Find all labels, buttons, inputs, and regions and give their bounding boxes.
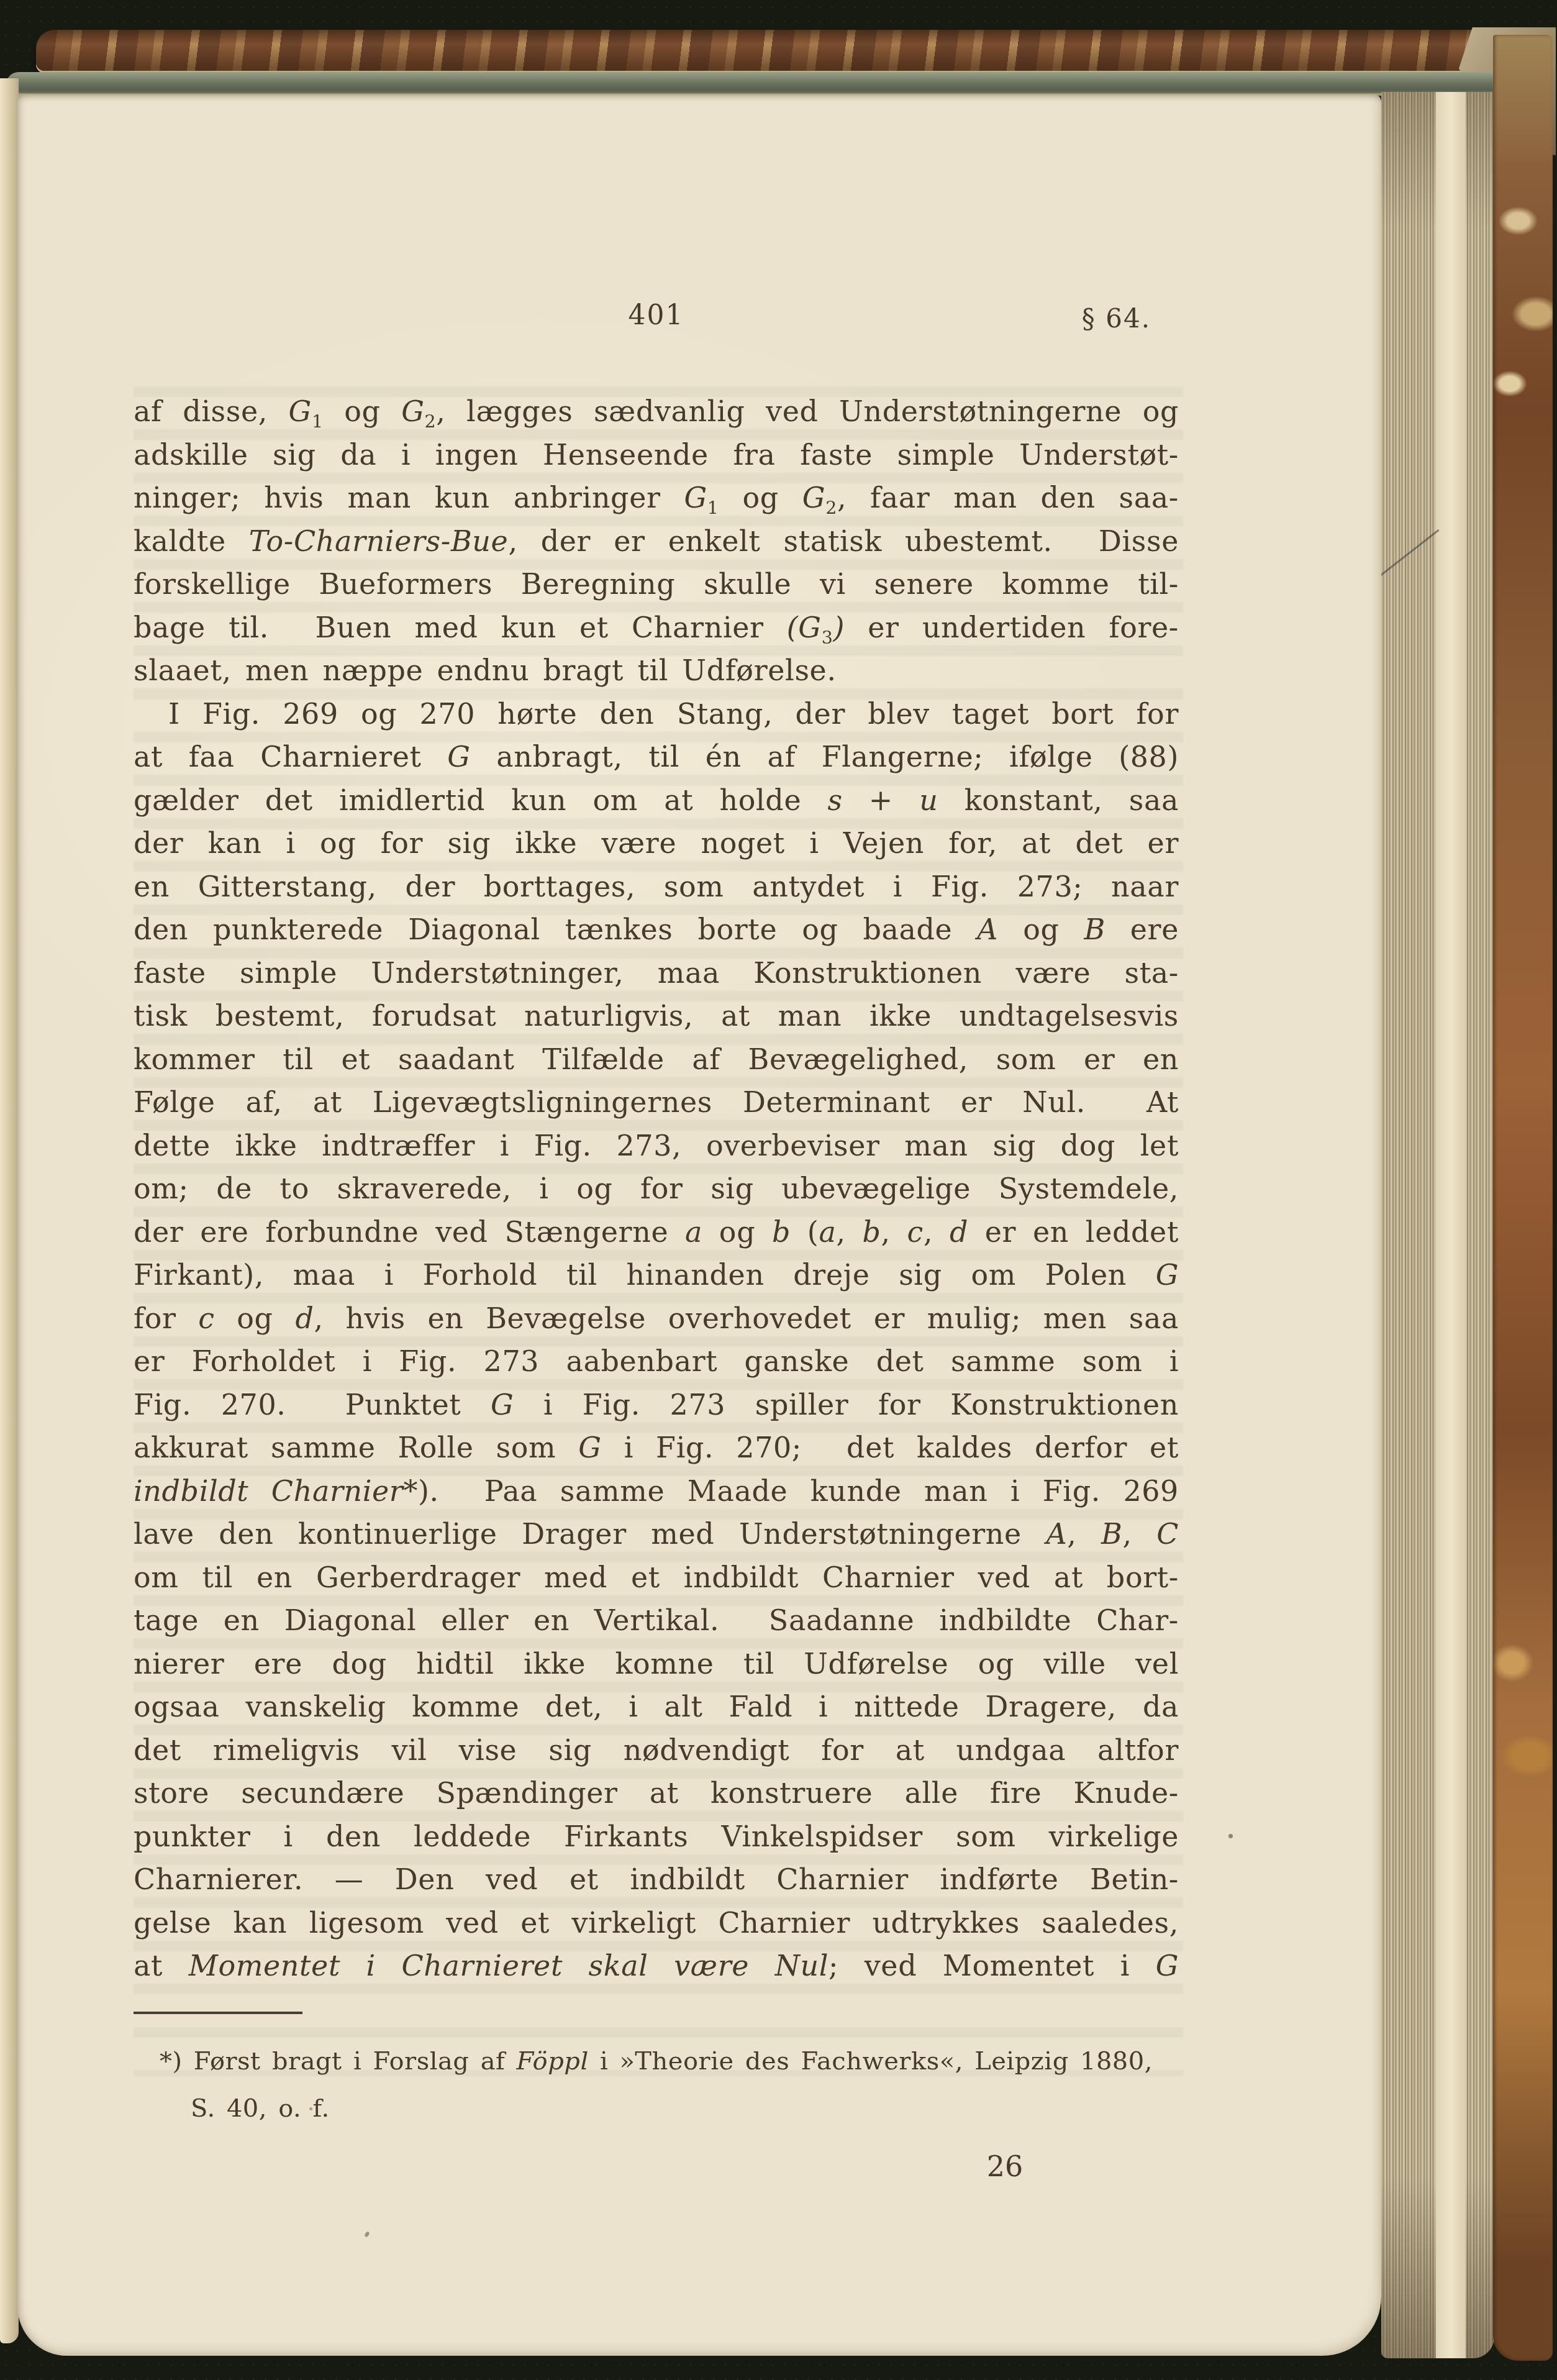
- text-line: den punkterede Diagonal tænkes borte og …: [134, 908, 1179, 952]
- text-line: kommer til et saadant Tilfælde af Bevæge…: [134, 1038, 1179, 1082]
- text-line: det rimeligvis vil vise sig nødvendigt f…: [134, 1729, 1179, 1772]
- pencil-mark: [1374, 529, 1439, 580]
- text-line: at faa Charnieret G anbragt, til én af F…: [134, 736, 1179, 779]
- paper-speck: [364, 2231, 370, 2238]
- page-number: 401: [134, 299, 1179, 331]
- left-page-edge: [0, 78, 19, 2343]
- text-line: ogsaa vanskelig komme det, i alt Fald i …: [134, 1685, 1179, 1729]
- footnote-line: *) Først bragt i Forslag af Föppl i »The…: [134, 2038, 1183, 2085]
- text-line: af disse, G1 og G2, lægges sædvanlig ved…: [134, 390, 1179, 434]
- fore-edge-pages: [1381, 92, 1494, 2358]
- text-line: der ere forbundne ved Stængerne a og b (…: [134, 1211, 1179, 1254]
- text-line: gælder det imidlertid kun om at holde s …: [134, 779, 1179, 823]
- text-line: Følge af, at Ligevægtsligningernes Deter…: [134, 1081, 1179, 1124]
- book-photo: 401 § 64. af disse, G1 og G2, lægges sæd…: [0, 0, 1557, 2380]
- text-line: at Momentet i Charnieret skal være Nul; …: [134, 1945, 1179, 1988]
- running-head: 401 § 64.: [134, 299, 1179, 337]
- text-line: bage til. Buen med kun et Charnier (G3) …: [134, 606, 1179, 650]
- text-line: Firkant), maa i Forhold til hinanden dre…: [134, 1254, 1179, 1297]
- text-line: nierer ere dog hidtil ikke komne til Udf…: [134, 1643, 1179, 1686]
- text-line: slaaet, men næppe endnu bragt til Udføre…: [134, 649, 1179, 693]
- text-line: tisk bestemt, forudsat naturligvis, at m…: [134, 995, 1179, 1038]
- book-spine-top-leather: [36, 30, 1509, 71]
- text-line: om til en Gerberdrager med et indbildt C…: [134, 1556, 1179, 1600]
- text-line: I Fig. 269 og 270 hørte den Stang, der b…: [134, 693, 1179, 736]
- text-line: akkurat samme Rolle som G i Fig. 270; de…: [134, 1426, 1179, 1470]
- text-line: der kan i og for sig ikke være noget i V…: [134, 822, 1179, 865]
- fore-edge-light-strip: [1436, 92, 1466, 2358]
- book-cover-right-leather: [1493, 35, 1553, 2361]
- section-label: § 64.: [1082, 303, 1151, 334]
- body-text: af disse, G1 og G2, lægges sædvanlig ved…: [134, 390, 1179, 1988]
- paper-speck: [309, 2107, 312, 2110]
- text-line: forskellige Bueformers Beregning skulle …: [134, 563, 1179, 606]
- text-line: ninger; hvis man kun anbringer G1 og G2,…: [134, 476, 1179, 520]
- footnote-rule: [134, 2012, 302, 2014]
- text-line: Fig. 270. Punktet G i Fig. 273 spiller f…: [134, 1384, 1179, 1427]
- text-line: er Forholdet i Fig. 273 aabenbart ganske…: [134, 1340, 1179, 1384]
- text-line: gelse kan ligesom ved et virkeligt Charn…: [134, 1902, 1179, 1945]
- text-line: for c og d, hvis en Bevægelse overhovede…: [134, 1297, 1179, 1341]
- text-line: indbildt Charnier*). Paa samme Maade kun…: [134, 1470, 1179, 1513]
- footnote: *) Først bragt i Forslag af Föppl i »The…: [134, 2038, 1183, 2132]
- text-line: tage en Diagonal eller en Vertikal. Saad…: [134, 1599, 1179, 1643]
- text-line: Charnierer. — Den ved et indbildt Charni…: [134, 1858, 1179, 1902]
- text-line: dette ikke indtræffer i Fig. 273, overbe…: [134, 1124, 1179, 1168]
- book-board-edge: [6, 72, 1512, 96]
- paragraph: af disse, G1 og G2, lægges sædvanlig ved…: [134, 390, 1179, 693]
- text-line: store secundære Spændinger at konstruere…: [134, 1772, 1179, 1815]
- text-line: kaldte To-Charniers-Bue, der er enkelt s…: [134, 520, 1179, 563]
- footnote-line: S. 40, o. f.: [134, 2085, 1183, 2132]
- text-line: adskille sig da i ingen Henseende fra fa…: [134, 434, 1179, 477]
- text-line: faste simple Understøtninger, maa Konstr…: [134, 952, 1179, 995]
- signature-number: 26: [961, 2150, 1048, 2183]
- text-line: lave den kontinuerlige Drager med Unders…: [134, 1513, 1179, 1556]
- paragraph: I Fig. 269 og 270 hørte den Stang, der b…: [134, 693, 1179, 1988]
- text-line: om; de to skraverede, i og for sig ubevæ…: [134, 1167, 1179, 1211]
- book-page: 401 § 64. af disse, G1 og G2, lægges sæd…: [17, 94, 1381, 2356]
- text-line: punkter i den leddede Firkants Vinkelspi…: [134, 1815, 1179, 1859]
- text-line: en Gitterstang, der borttages, som antyd…: [134, 865, 1179, 909]
- paper-speck: [1228, 1834, 1233, 1838]
